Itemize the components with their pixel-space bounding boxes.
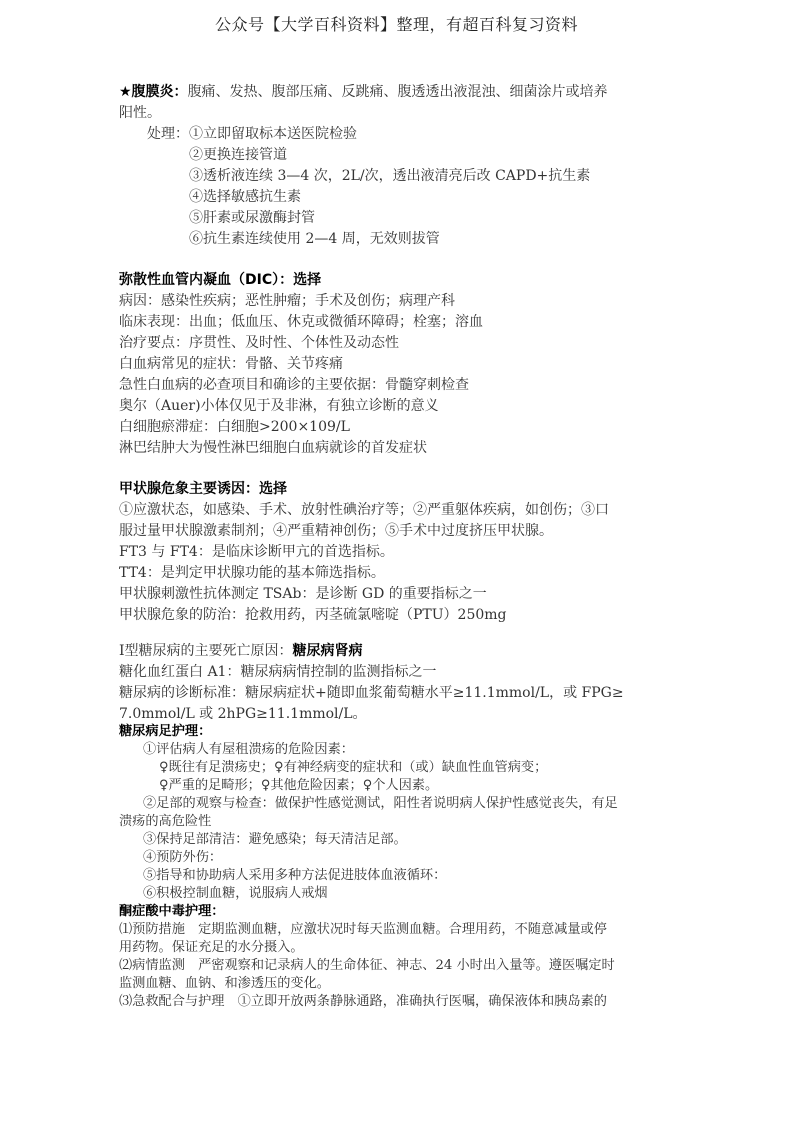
dka-line: ⑴预防措施 定期监测血糖，应激状况时每天监测血糖。合理用药，不随意减量或停 (119, 921, 607, 939)
foot-care-sub-text: 其他危险因素； (270, 778, 362, 793)
dic-line: 治疗要点：序贯性、及时性、个体性及动态性 (119, 333, 399, 354)
peritonitis-line-1: ★腹膜炎：腹痛、发热、腹部压痛、反跳痛、腹透透出液混浊、细菌涂片或培养 (119, 82, 608, 103)
thyroid-line: TT4：是判定甲状腺功能的基本筛选指标。 (119, 563, 385, 584)
thyroid-title: 甲状腺危象主要诱因：选择 (119, 479, 287, 500)
diabetes-line-1: Ⅰ型糖尿病的主要死亡原因：糖尿病肾病 (119, 641, 363, 662)
treatment-step: ⑥抗生素连续使用 2—4 周，无效则拔管 (189, 229, 440, 250)
foot-care-sub-text: 有神经病变的症状和（或）缺血性血管病变； (284, 760, 548, 775)
bullet-icon: ♀ (261, 778, 271, 793)
foot-care-item: ①评估病人有屋租溃疡的危险因素： (143, 741, 354, 759)
diabetes-cause-value: 糖尿病肾病 (293, 643, 363, 659)
thyroid-line: FT3 与 FT4：是临床诊断甲亢的首选指标。 (119, 542, 394, 563)
dka-line: ⑵病情监测 严密观察和记录病人的生命体征、神志、24 小时出入量等。遵医嘱定时 (119, 957, 615, 975)
foot-care-item: ③保持足部清洁：避免感染；每天清洁足部。 (143, 831, 407, 849)
treatment-label: 处理： (147, 126, 189, 142)
peritonitis-title: ★腹膜炎： (119, 84, 188, 100)
foot-care-sub-text: 既往有足溃疡史； (169, 760, 275, 775)
treatment-step: ①立即留取标本送医院检验 (189, 126, 357, 142)
dka-line: ⑶急救配合与护理 ①立即开放两条静脉通路，准确执行医嘱，确保液体和胰岛素的 (119, 993, 607, 1011)
dic-line: 临床表现：出血；低血压、休克或微循环障碍；栓塞；溶血 (119, 312, 483, 333)
foot-care-title: 糖尿病足护理： (119, 723, 211, 741)
dka-title: 酮症酸中毒护理： (119, 903, 225, 921)
bullet-icon: ♀ (363, 778, 373, 793)
dic-line: 病因：感染性疾病；恶性肿瘤；手术及创伤；病理产科 (119, 291, 455, 312)
thyroid-line: 服过量甲状腺激素制剂；④严重精神创伤；⑤手术中过度挤压甲状腺。 (119, 521, 553, 542)
treatment-step: ④选择敏感抗生素 (189, 187, 301, 208)
treatment-step: ②更换连接管道 (189, 145, 287, 166)
dic-line: 白血病常见的症状：骨骼、关节疼痛 (119, 354, 343, 375)
dka-line: 监测血糖、血钠、和渗透压的变化。 (119, 975, 330, 993)
foot-care-sub-text: 严重的足畸形； (169, 778, 261, 793)
peritonitis-treatment-1: 处理：①立即留取标本送医院检验 (147, 124, 357, 145)
peritonitis-desc: 腹痛、发热、腹部压痛、反跳痛、腹透透出液混浊、细菌涂片或培养 (188, 84, 608, 100)
treatment-step: ③透析液连续 3—4 次，2L/次，透出液清亮后改 CAPD+抗生素 (189, 166, 590, 187)
foot-care-item: ④预防外伤： (143, 849, 222, 867)
foot-care-item-cont: 溃疡的高危险性 (119, 813, 211, 831)
dka-line: 用药物。保证充足的水分摄入。 (119, 939, 304, 957)
peritonitis-line-2: 阳性。 (119, 103, 161, 124)
diabetes-line: 7.0mmol/L 或 2hPG≥11.1mmol/L。 (119, 704, 367, 725)
diabetes-line: 糖化血红蛋白 A1：糖尿病病情控制的监测指标之一 (119, 662, 436, 683)
diabetes-line: 糖尿病的诊断标准：糖尿病症状+随即血浆葡萄糖水平≥11.1mmol/L，或 FP… (119, 683, 624, 704)
diabetes-cause-label: Ⅰ型糖尿病的主要死亡原因： (119, 643, 293, 659)
bullet-icon: ♀ (274, 760, 284, 775)
dic-line: 奥尔（Auer)小体仅见于及非淋，有独立诊断的意义 (119, 396, 439, 417)
dic-line: 白细胞瘀滞症：白细胞>200×109/L (119, 417, 350, 438)
foot-care-sub-1: ♀既往有足溃疡史；♀有神经病变的症状和（或）缺血性血管病变； (159, 759, 547, 777)
bullet-icon: ♀ (159, 760, 169, 775)
treatment-step: ⑤肝素或尿激酶封管 (189, 208, 315, 229)
foot-care-item: ⑤指导和协助病人采用多种方法促进肢体血液循环： (143, 867, 446, 885)
foot-care-sub-text: 个人因素。 (372, 778, 438, 793)
dic-title: 弥散性血管内凝血（DIC）：选择 (119, 270, 321, 291)
page-header: 公众号【大学百科资料】整理，有超百科复习资料 (0, 12, 793, 35)
thyroid-line: ①应激状态，如感染、手术、放射性碘治疗等；②严重躯体疾病，如创伤；③口 (119, 500, 609, 521)
foot-care-sub-2: ♀严重的足畸形；♀其他危险因素；♀个人因素。 (159, 777, 438, 795)
thyroid-line: 甲状腺刺激性抗体测定 TSAb：是诊断 GD 的重要指标之一 (119, 584, 487, 605)
bullet-icon: ♀ (159, 778, 169, 793)
dic-line: 急性白血病的必查项目和确诊的主要依据：骨髓穿刺检查 (119, 375, 469, 396)
dic-line: 淋巴结肿大为慢性淋巴细胞白血病就诊的首发症状 (119, 438, 427, 459)
foot-care-item: ⑥积极控制血糖，说服病人戒烟 (143, 885, 328, 903)
thyroid-line: 甲状腺危象的防治：抢救用药，丙茎硫氯嘧啶（PTU）250mg (119, 605, 507, 626)
foot-care-item: ②足部的观察与检查：做保护性感觉测试，阳性者说明病人保护性感觉丧失，有足 (143, 795, 618, 813)
